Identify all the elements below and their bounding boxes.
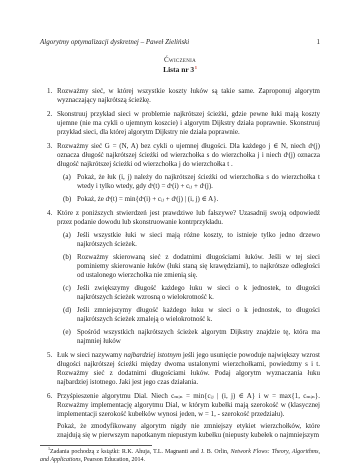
subproblem-label: (e) (63, 328, 77, 346)
problem-text: Rozważmy sieć G = (N, A) bez cykli o uje… (57, 142, 320, 169)
problem-body: Przyśpieszenie algorytmu Dial. Niech cₘᵢ… (57, 392, 320, 440)
problem-number: 4. (40, 209, 57, 346)
problem-text: Łuk w sieci nazywamy najbardziej istotny… (57, 351, 320, 387)
subproblem-body: Jeśli zwiększymy długość każdego łuku w … (77, 284, 320, 302)
subproblem-label: (d) (63, 306, 77, 324)
problem-item-3: 3. Rozważmy sieć G = (N, A) bez cykli o … (40, 142, 320, 204)
problem-body: Które z poniższych stwierdzeń jest prawd… (57, 209, 320, 346)
subproblem-item-4c: (c) Jeśli zwiększymy długość każdego łuk… (57, 284, 320, 302)
subproblem-text: Pokaż, że dˢ(t) = min{dˢ(i) + cᵢⱼ + dᵗ(j… (77, 195, 320, 204)
subproblem-body: Pokaż, że dˢ(t) = min{dˢ(i) + cᵢⱼ + dᵗ(j… (77, 195, 320, 204)
section-heading: Ćwiczenia (40, 56, 320, 64)
subproblem-label: (a) (63, 173, 77, 191)
problem-text-paragraph-2: Pokaż, że zmodyfikowany algorytm nigdy n… (57, 422, 320, 440)
problem-number: 5. (40, 351, 57, 387)
problem-item-4: 4. Które z poniższych stwierdzeń jest pr… (40, 209, 320, 346)
problem-list: 1. Rozważmy sieć, w której wszystkie kos… (40, 87, 320, 440)
problem-text: Które z poniższych stwierdzeń jest prawd… (57, 209, 320, 227)
subproblem-text: Pokaż, że łuk (i, j) należy do najkrótsz… (77, 173, 320, 191)
problem-number: 1. (40, 87, 57, 105)
problem-body: Skonstruuj przykład sieci w problemie na… (57, 110, 320, 137)
problem-body: Rozważmy sieć G = (N, A) bez cykli o uje… (57, 142, 320, 204)
page-number: 1 (317, 38, 321, 47)
subproblem-label: (b) (63, 253, 77, 280)
problem-item-2: 2. Skonstruuj przykład sieci w problemie… (40, 110, 320, 137)
subproblem-item-4a: (a) Jeśli wszystkie łuki w sieci mają ró… (57, 231, 320, 249)
subproblem-item-4d: (d) Jeśli zmniejszymy długość każdego łu… (57, 306, 320, 324)
problem-number: 2. (40, 110, 57, 137)
subproblem-text: Jeśli wszystkie łuki w sieci mają różne … (77, 231, 320, 249)
subproblem-body: Rozważmy skierowaną sieć z dodatnimi dłu… (77, 253, 320, 280)
subproblem-label: (c) (63, 284, 77, 302)
footnote-text: Zadania pochodzą z książki: R.K. Ahuja, … (50, 449, 231, 455)
subproblem-body: Spośród wszystkich najkrótszych ścieżek … (77, 328, 320, 346)
footnote: 1Zadania pochodzą z książki: R.K. Ahuja,… (40, 449, 320, 464)
subproblem-label: (b) (63, 195, 77, 204)
problem-text-segment: Łuk w sieci nazywamy (57, 351, 124, 359)
subproblem-text: Jeśli zwiększymy długość każdego łuku w … (77, 284, 320, 302)
subproblem-body: Pokaż, że łuk (i, j) należy do najkrótsz… (77, 173, 320, 191)
list-title: Lista nr 31 (40, 65, 320, 74)
document-page: Algorytmy optymalizacji dyskretnej – Paw… (0, 0, 360, 466)
footnote-text-end: , Pearson Education, 2014. (81, 457, 145, 463)
subproblem-label: (a) (63, 231, 77, 249)
problem-text: Przyśpieszenie algorytmu Dial. Niech cₘᵢ… (57, 392, 320, 419)
footnote-ref-superscript[interactable]: 1 (195, 65, 197, 70)
footnote-separator-rule (40, 445, 152, 446)
problem-item-5: 5. Łuk w sieci nazywamy najbardziej isto… (40, 351, 320, 387)
subproblem-item-4e: (e) Spośród wszystkich najkrótszych ście… (57, 328, 320, 346)
problem-number: 6. (40, 392, 57, 440)
subproblem-text: Spośród wszystkich najkrótszych ścieżek … (77, 328, 320, 346)
document-heading: Ćwiczenia Lista nr 31 (40, 56, 320, 74)
problem-text: Rozważmy sieć, w której wszystkie koszty… (57, 87, 320, 105)
subproblem-item-3a: (a) Pokaż, że łuk (i, j) należy do najkr… (57, 173, 320, 191)
problem-text: Skonstruuj przykład sieci w problemie na… (57, 110, 320, 137)
problem-item-1: 1. Rozważmy sieć, w której wszystkie kos… (40, 87, 320, 105)
problem-body: Rozważmy sieć, w której wszystkie koszty… (57, 87, 320, 105)
problem-text-italic-term: najbardziej istotnym (124, 351, 181, 359)
subproblem-item-3b: (b) Pokaż, że dˢ(t) = min{dˢ(i) + cᵢⱼ + … (57, 195, 320, 204)
subproblem-text: Jeśli zmniejszymy długość każdego łuku w… (77, 306, 320, 324)
problem-item-6: 6. Przyśpieszenie algorytmu Dial. Niech … (40, 392, 320, 440)
problem-body: Łuk w sieci nazywamy najbardziej istotny… (57, 351, 320, 387)
subproblem-text: Rozważmy skierowaną sieć z dodatnimi dłu… (77, 253, 320, 280)
subproblem-item-4b: (b) Rozważmy skierowaną sieć z dodatnimi… (57, 253, 320, 280)
problem-number: 3. (40, 142, 57, 204)
running-header: Algorytmy optymalizacji dyskretnej – Paw… (40, 38, 320, 47)
list-title-text: Lista nr 3 (163, 65, 194, 74)
subproblem-body: Jeśli zmniejszymy długość każdego łuku w… (77, 306, 320, 324)
subproblem-body: Jeśli wszystkie łuki w sieci mają różne … (77, 231, 320, 249)
running-title: Algorytmy optymalizacji dyskretnej – Paw… (40, 38, 189, 47)
